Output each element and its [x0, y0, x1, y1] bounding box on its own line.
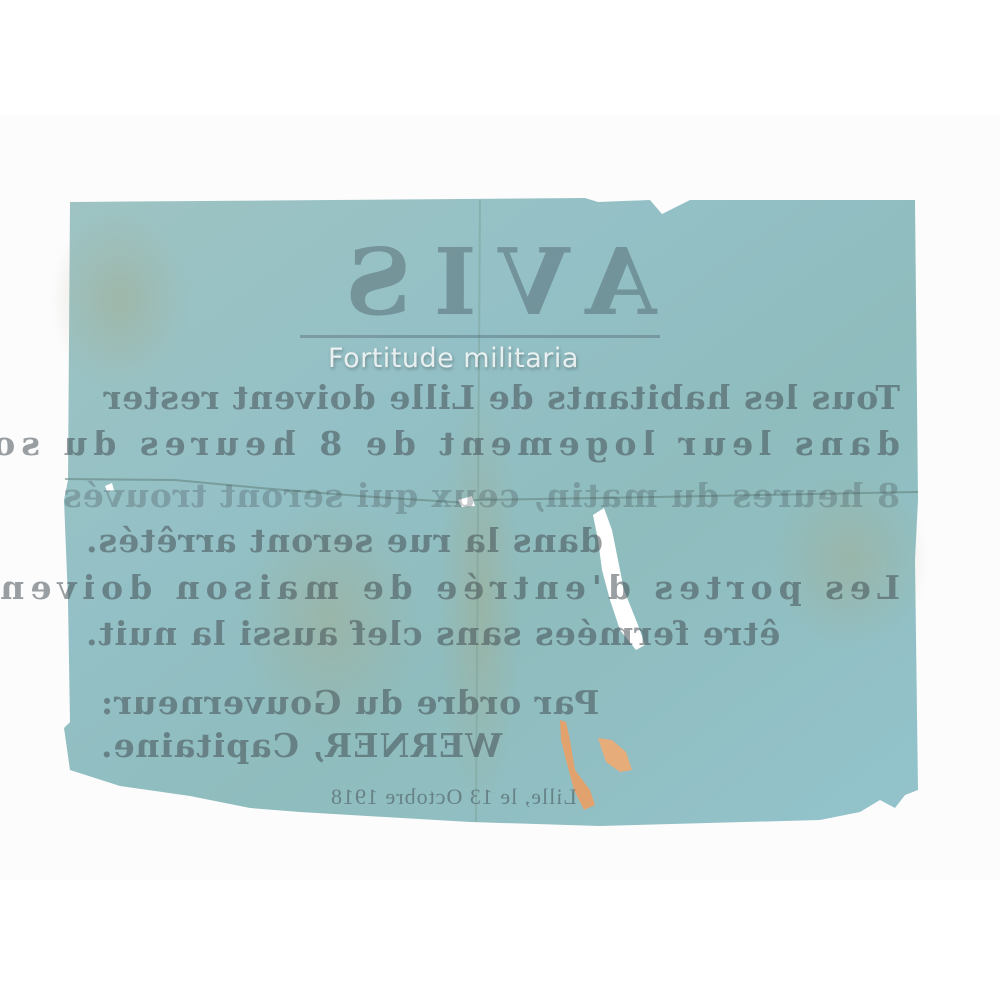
- watermark-text: Fortitude militaria: [328, 343, 579, 374]
- notice-line-3: 8 heures du matin, ceux qui seront trouv…: [85, 476, 900, 515]
- notice-date: Lille, le 13 Octobre 1918: [330, 784, 760, 810]
- notice-line-4: dans la rue seront arrêtés.: [85, 521, 900, 560]
- title-underline: [300, 335, 660, 338]
- notice-line-1: Tous les habitants de Lille doivent rest…: [85, 378, 900, 417]
- signature-name-line: WERNER, Capitaine.: [100, 726, 630, 765]
- notice-paper: AVIS Tous les habitants de Lille doivent…: [0, 0, 1000, 1000]
- notice-line-6: être fermées sans clef aussi la nuit.: [85, 614, 900, 653]
- signature-order-line: Par ordre du Gouverneur:: [100, 683, 630, 722]
- notice-title-mirrored: AVIS: [150, 228, 830, 336]
- notice-line-2: dans leur logement de 8 heures du soir à: [85, 424, 900, 463]
- notice-line-5: Les portes d'entrée de maison doivent: [85, 568, 900, 607]
